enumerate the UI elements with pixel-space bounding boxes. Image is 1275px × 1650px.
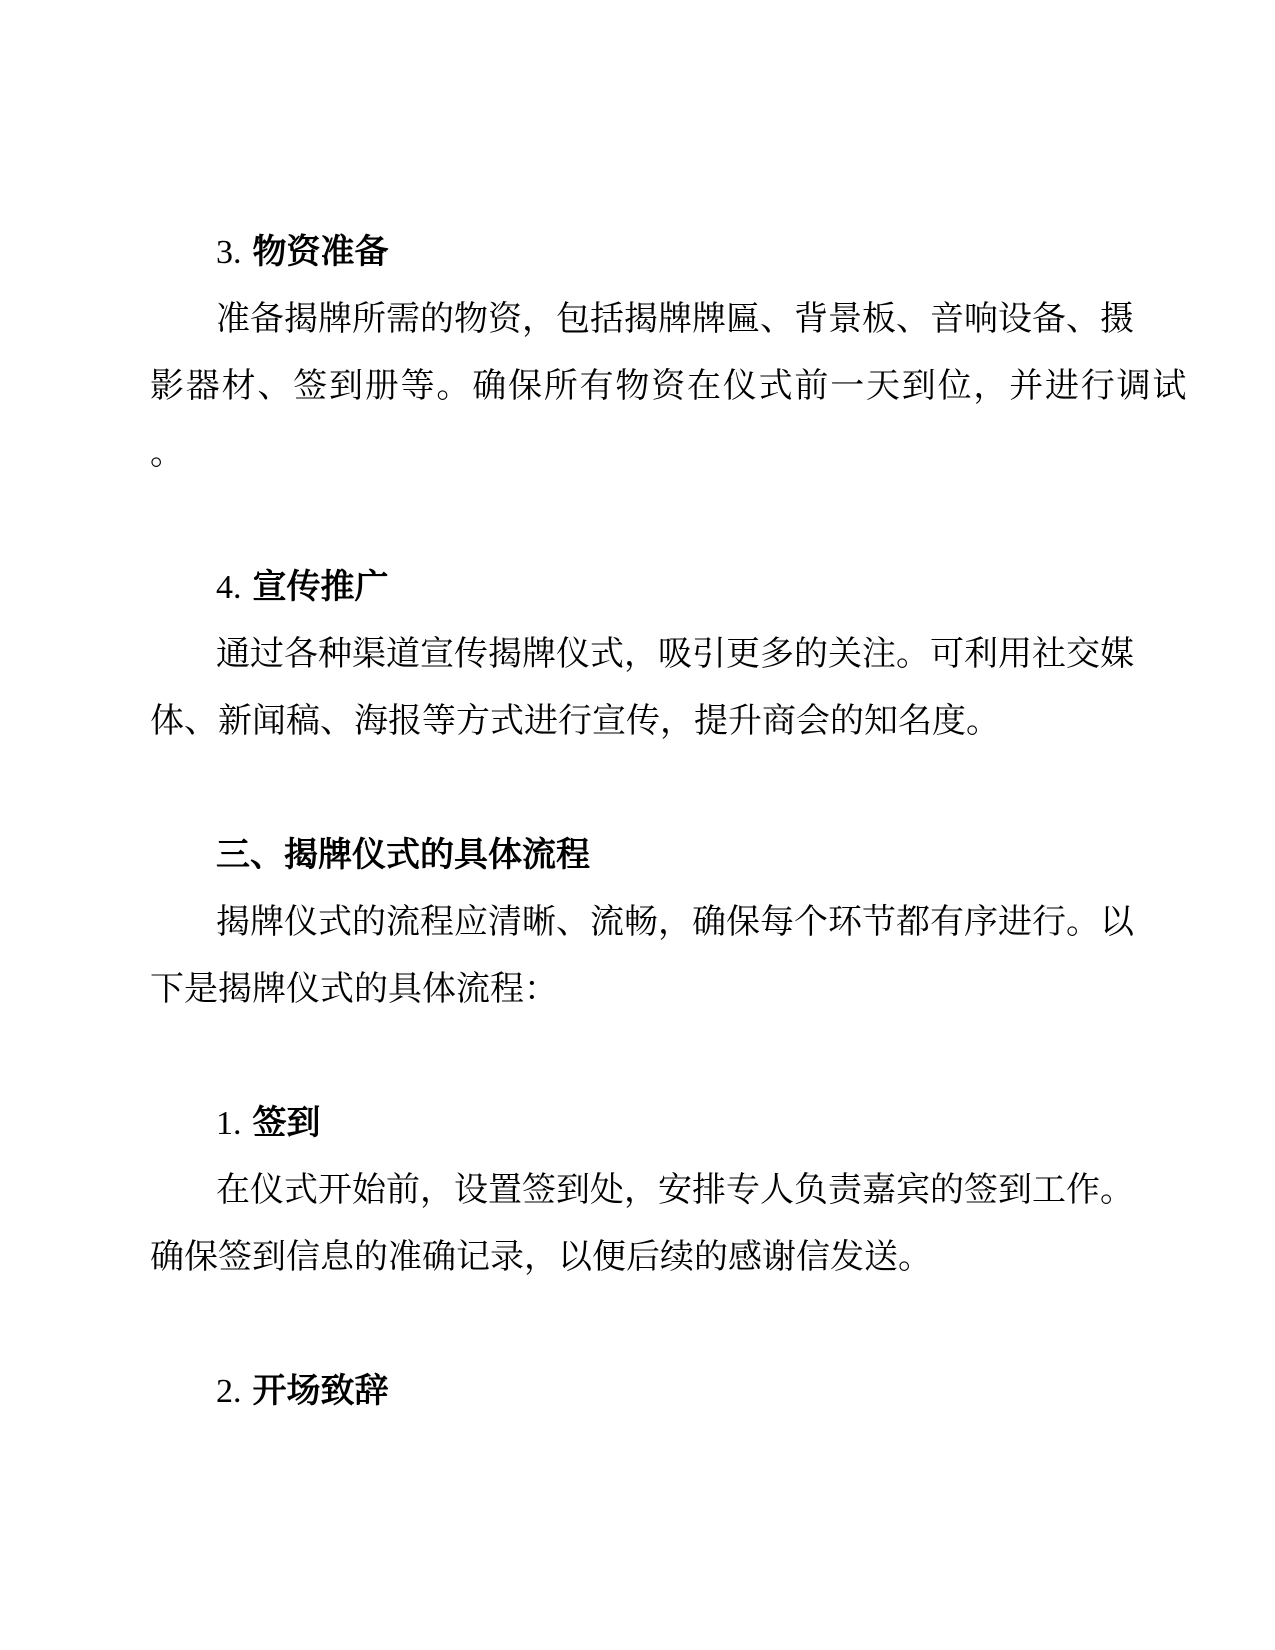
blank-line [150, 1291, 1160, 1358]
section-heading: 2.开场致辞 [150, 1358, 1160, 1425]
paragraph-line: 准备揭牌所需的物资，包括揭牌牌匾、背景板、音响设备、摄 [150, 286, 1160, 353]
paragraph-line: 。 [150, 420, 1160, 487]
paragraph-line: 确保签到信息的准确记录，以便后续的感谢信发送。 [150, 1224, 1160, 1291]
blank-line [150, 487, 1160, 554]
paragraph-line: 体、新闻稿、海报等方式进行宣传，提升商会的知名度。 [150, 688, 1160, 755]
section-heading: 3.物资准备 [150, 219, 1160, 286]
section-heading: 1.签到 [150, 1090, 1160, 1157]
paragraph-line: 影器材、签到册等。确保所有物资在仪式前一天到位，并进行调试 [150, 353, 1160, 420]
section-heading: 4.宣传推广 [150, 554, 1160, 621]
heading-number: 4. [216, 569, 242, 606]
heading-number: 2. [216, 1373, 242, 1410]
section-material-preparation: 3.物资准备 准备揭牌所需的物资，包括揭牌牌匾、背景板、音响设备、摄 影器材、签… [150, 219, 1160, 554]
section-ceremony-process: 三、揭牌仪式的具体流程 揭牌仪式的流程应清晰、流畅，确保每个环节都有序进行。以 … [150, 822, 1160, 1090]
heading-title: 三、揭牌仪式的具体流程 [216, 836, 590, 874]
paragraph-line: 在仪式开始前，设置签到处，安排专人负责嘉宾的签到工作。 [150, 1157, 1160, 1224]
paragraph-line: 下是揭牌仪式的具体流程： [150, 956, 1160, 1023]
heading-number: 3. [216, 234, 242, 271]
paragraph-line: 揭牌仪式的流程应清晰、流畅，确保每个环节都有序进行。以 [150, 889, 1160, 956]
heading-number: 1. [216, 1105, 242, 1142]
blank-line [150, 1023, 1160, 1090]
section-publicity-promotion: 4.宣传推广 通过各种渠道宣传揭牌仪式，吸引更多的关注。可利用社交媒 体、新闻稿… [150, 554, 1160, 822]
section-heading: 三、揭牌仪式的具体流程 [150, 822, 1160, 889]
section-opening-speech: 2.开场致辞 [150, 1358, 1160, 1425]
heading-title: 物资准备 [253, 233, 389, 271]
section-sign-in: 1.签到 在仪式开始前，设置签到处，安排专人负责嘉宾的签到工作。 确保签到信息的… [150, 1090, 1160, 1358]
heading-title: 开场致辞 [253, 1372, 389, 1410]
document-page: 3.物资准备 准备揭牌所需的物资，包括揭牌牌匾、背景板、音响设备、摄 影器材、签… [150, 219, 1160, 1425]
heading-title: 签到 [253, 1104, 321, 1142]
blank-line [150, 755, 1160, 822]
heading-title: 宣传推广 [253, 568, 389, 606]
paragraph-line: 通过各种渠道宣传揭牌仪式，吸引更多的关注。可利用社交媒 [150, 621, 1160, 688]
